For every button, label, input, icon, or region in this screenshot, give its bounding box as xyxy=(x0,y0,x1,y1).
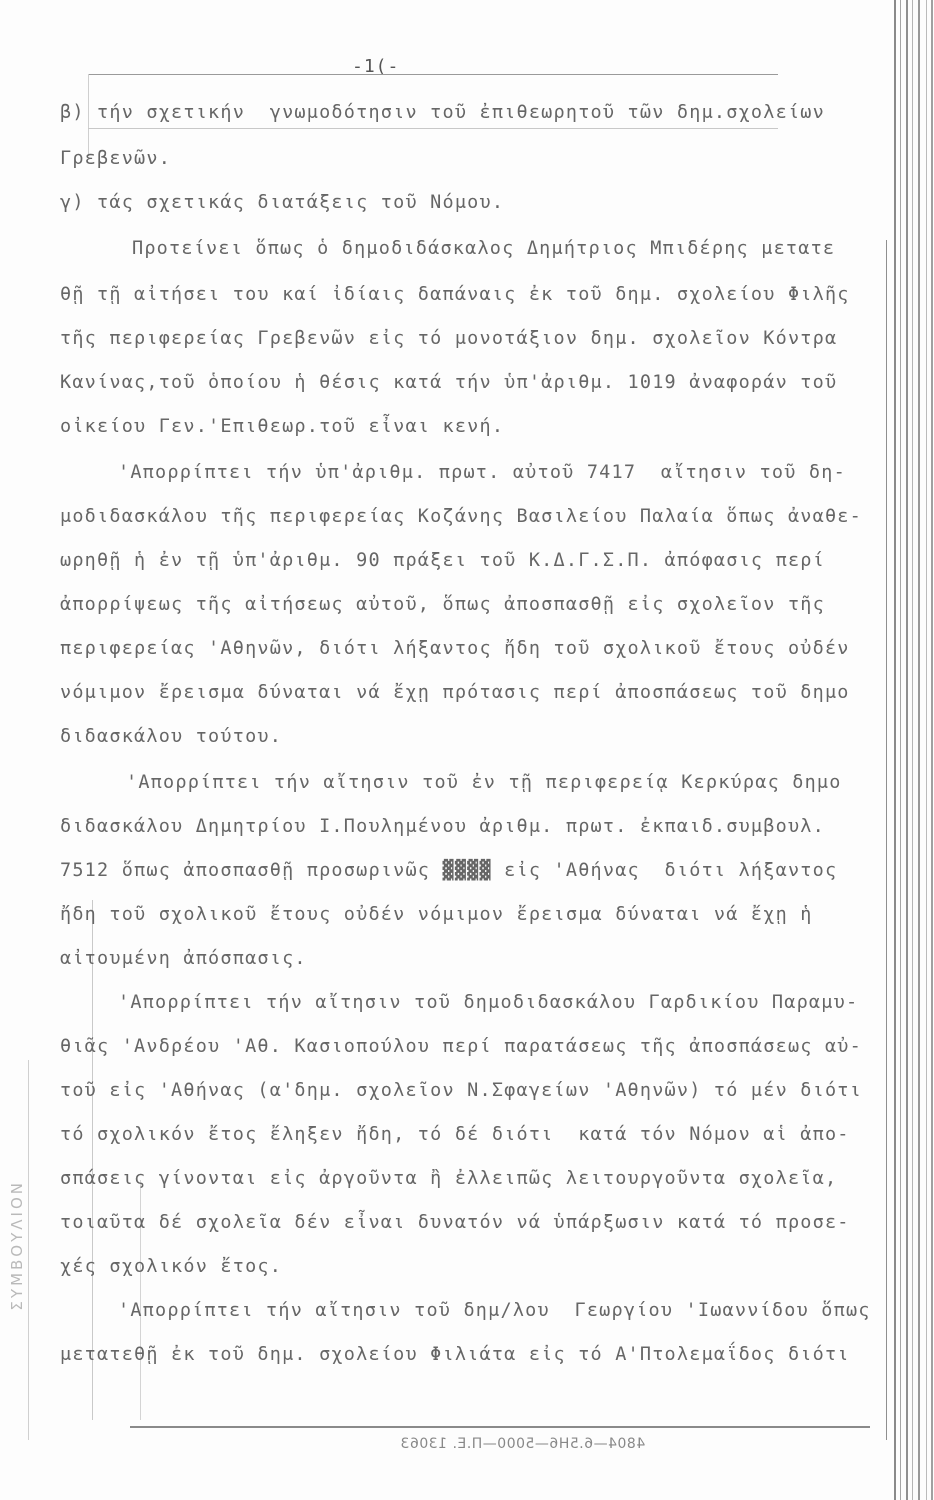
underline-rule xyxy=(88,128,778,129)
document-page: -1(- ΣΥΜΒΟΥΛΙΟΝ β) τήν σχετικήν γνωμοδότ… xyxy=(0,0,934,1500)
left-margin-rule xyxy=(28,1060,29,1440)
text-line: 7512 ὅπως ἀποσπασθῇ προσωρινῶς ▓▓▓▓ εἰς … xyxy=(60,860,837,881)
text-line: θῇ τῇ αἰτήσει του καί ἰδίαις δαπάναις ἐκ… xyxy=(60,284,850,305)
text-line: 'Απορρίπτει τήν ὑπ'ἀριθμ. πρωτ. αὐτοῦ 74… xyxy=(118,462,846,483)
text-line: χές σχολικόν ἔτος. xyxy=(60,1256,282,1277)
text-line: Κανίνας,τοῦ ὁποίου ἡ θέσις κατά τήν ὑπ'ἀ… xyxy=(60,372,837,393)
text-line: αἰτουμένη ἀπόσπασις. xyxy=(60,948,307,969)
text-line: μοδιδασκάλου τῆς περιφερείας Κοζάνης Βασ… xyxy=(60,506,862,527)
text-line: διδασκάλου Δημητρίου Ι.Πουλημένου ἀριθμ.… xyxy=(60,816,825,837)
text-line: Προτείνει ὅπως ὁ δημοδιδάσκαλος Δημήτριο… xyxy=(132,238,835,259)
text-line: γ) τάς σχετικάς διατάξεις τοῦ Νόμου. xyxy=(60,192,504,213)
text-line: οἰκείου Γεν.'Επιθεωρ.τοῦ εἶναι κενή. xyxy=(60,416,504,437)
text-line: β) τήν σχετικήν γνωμοδότησιν τοῦ ἐπιθεωρ… xyxy=(60,102,825,123)
text-line: περιφερείας 'Αθηνῶν, διότι λήξαντος ἤδη … xyxy=(60,638,850,659)
text-line: διδασκάλου τούτου. xyxy=(60,726,282,747)
text-line: τοῦ εἰς 'Αθήνας (α'δημ. σχολεῖον Ν.Σφαγε… xyxy=(60,1080,862,1101)
text-line: 'Απορρίπτει τήν αἴτησιν τοῦ δημ/λου Γεωρ… xyxy=(118,1300,871,1321)
text-line: θιᾶς 'Ανδρέου 'Αθ. Κασιοπούλου περί παρα… xyxy=(60,1036,862,1057)
text-line: Γρεβενῶν. xyxy=(60,148,171,169)
right-margin-rule xyxy=(886,240,887,1440)
book-binding-edge xyxy=(892,0,934,1500)
header-rule xyxy=(88,74,778,75)
text-line: 'Απορρίπτει τήν αἴτησιν τοῦ δημοδιδασκάλ… xyxy=(118,992,858,1013)
text-line: τό σχολικόν ἔτος ἔληξεν ἤδη, τό δέ διότι… xyxy=(60,1124,850,1145)
text-line: τοιαῦτα δέ σχολεῖα δέν εἶναι δυνατόν νά … xyxy=(60,1212,850,1233)
text-line: μετατεθῇ ἐκ τοῦ δημ. σχολείου Φιλιάτα εἰ… xyxy=(60,1344,850,1365)
footer-bleedthrough-text: 4804—6.5Η6—5000—Π.Ε. 13063 xyxy=(400,1436,645,1452)
text-line: 'Απορρίπτει τήν αἴτησιν τοῦ ἐν τῇ περιφε… xyxy=(126,772,842,793)
text-line: νόμιμον ἔρεισμα δύναται νά ἔχῃ πρότασις … xyxy=(60,682,850,703)
text-line: σπάσεις γίνονται εἰς ἀργοῦντα ἢ ἐλλειπῶς… xyxy=(60,1168,837,1189)
text-line: τῆς περιφερείας Γρεβενῶν εἰς τό μονοτάξι… xyxy=(60,328,837,349)
text-line: ἀπορρίψεως τῆς αἰτήσεως αὐτοῦ, ὅπως ἀποσ… xyxy=(60,594,825,615)
margin-line xyxy=(92,900,93,1420)
footer-rule xyxy=(130,1426,870,1428)
text-line: ἤδη τοῦ σχολικοῦ ἔτους οὐδέν νόμιμον ἔρε… xyxy=(60,904,813,925)
side-stamp-text: ΣΥΜΒΟΥΛΙΟΝ xyxy=(8,1180,26,1311)
text-line: ωρηθῇ ἡ ἐν τῇ ὑπ'ἀριθμ. 90 πράξει τοῦ Κ.… xyxy=(60,550,825,571)
